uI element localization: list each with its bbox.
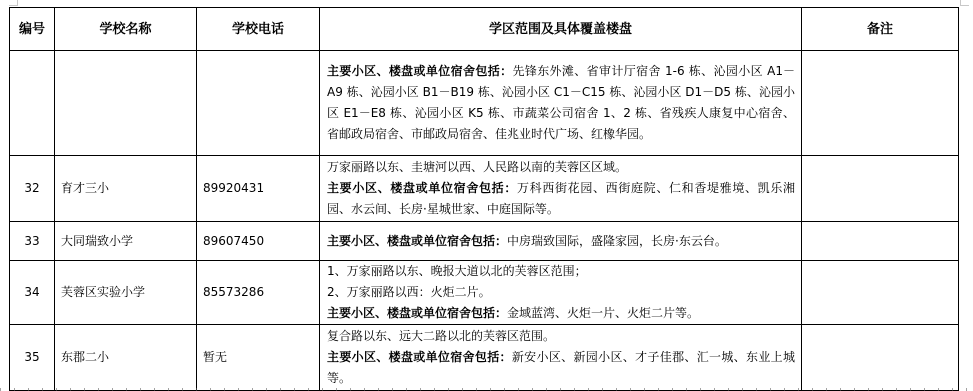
estates-label: 主要小区、楼盘或单位宿舍包括： — [327, 181, 517, 195]
range-line: 复合路以东、远大二路以北的芙蓉区范围。 — [327, 326, 795, 347]
cell-district-range: 万家丽路以东、圭塘河以西、人民路以南的芙蓉区区域。 主要小区、楼盘或单位宿舍包括… — [320, 156, 802, 222]
header-note: 备注 — [802, 8, 959, 51]
estates-label: 主要小区、楼盘或单位宿舍包括： — [327, 234, 507, 248]
estates-label: 主要小区、楼盘或单位宿舍包括： — [327, 64, 512, 78]
school-district-table: 编号 学校名称 学校电话 学区范围及具体覆盖楼盘 备注 主要小区、楼盘或单位宿舍… — [9, 7, 959, 391]
cell-school-name — [55, 51, 197, 156]
range-line: 万家丽路以东、圭塘河以西、人民路以南的芙蓉区区域。 — [327, 157, 795, 178]
estates-label: 主要小区、楼盘或单位宿舍包括： — [327, 306, 507, 320]
cell-note — [802, 325, 959, 391]
table-row: 主要小区、楼盘或单位宿舍包括：先锋东外滩、省审计厅宿舍 1-6 栋、沁园小区 A… — [10, 51, 959, 156]
cell-school-phone: 暂无 — [197, 325, 320, 391]
cell-id: 34 — [10, 261, 55, 325]
cell-school-phone: 89920431 — [197, 156, 320, 222]
cell-school-name: 育才三小 — [55, 156, 197, 222]
table-header-row: 编号 学校名称 学校电话 学区范围及具体覆盖楼盘 备注 — [10, 8, 959, 51]
range-line: 2、万家丽路以西：火炬二片。 — [327, 282, 795, 303]
estates-text: 金域蓝湾、火炬一片、火炬二片等。 — [507, 306, 699, 320]
cell-school-phone — [197, 51, 320, 156]
cell-school-phone: 89607450 — [197, 222, 320, 261]
cell-school-name: 东郡二小 — [55, 325, 197, 391]
cell-id: 32 — [10, 156, 55, 222]
page-corner-mark-right — [960, 0, 969, 6]
cell-school-name: 芙蓉区实验小学 — [55, 261, 197, 325]
page-corner-mark-left — [9, 0, 18, 6]
estates-label: 主要小区、楼盘或单位宿舍包括： — [327, 350, 512, 364]
estates-text: 中房瑞致国际，盛隆家园，长房·东云台。 — [507, 234, 727, 248]
cell-note — [802, 261, 959, 325]
cell-district-range: 主要小区、楼盘或单位宿舍包括：先锋东外滩、省审计厅宿舍 1-6 栋、沁园小区 A… — [320, 51, 802, 156]
table-row: 32 育才三小 89920431 万家丽路以东、圭塘河以西、人民路以南的芙蓉区区… — [10, 156, 959, 222]
header-id: 编号 — [10, 8, 55, 51]
cell-note — [802, 222, 959, 261]
cell-district-range: 1、万家丽路以东、晚报大道以北的芙蓉区范围； 2、万家丽路以西：火炬二片。 主要… — [320, 261, 802, 325]
table-row: 35 东郡二小 暂无 复合路以东、远大二路以北的芙蓉区范围。 主要小区、楼盘或单… — [10, 325, 959, 391]
cell-note — [802, 156, 959, 222]
cell-id: 35 — [10, 325, 55, 391]
table-row: 33 大同瑞致小学 89607450 主要小区、楼盘或单位宿舍包括：中房瑞致国际… — [10, 222, 959, 261]
cell-school-phone: 85573286 — [197, 261, 320, 325]
cell-id — [10, 51, 55, 156]
cell-id: 33 — [10, 222, 55, 261]
header-school-name: 学校名称 — [55, 8, 197, 51]
cell-school-name: 大同瑞致小学 — [55, 222, 197, 261]
cell-district-range: 复合路以东、远大二路以北的芙蓉区范围。 主要小区、楼盘或单位宿舍包括：新安小区、… — [320, 325, 802, 391]
cell-note — [802, 51, 959, 156]
table-row: 34 芙蓉区实验小学 85573286 1、万家丽路以东、晚报大道以北的芙蓉区范… — [10, 261, 959, 325]
cell-district-range: 主要小区、楼盘或单位宿舍包括：中房瑞致国际，盛隆家园，长房·东云台。 — [320, 222, 802, 261]
header-district-range: 学区范围及具体覆盖楼盘 — [320, 8, 802, 51]
range-line: 1、万家丽路以东、晚报大道以北的芙蓉区范围； — [327, 261, 795, 282]
header-school-phone: 学校电话 — [197, 8, 320, 51]
